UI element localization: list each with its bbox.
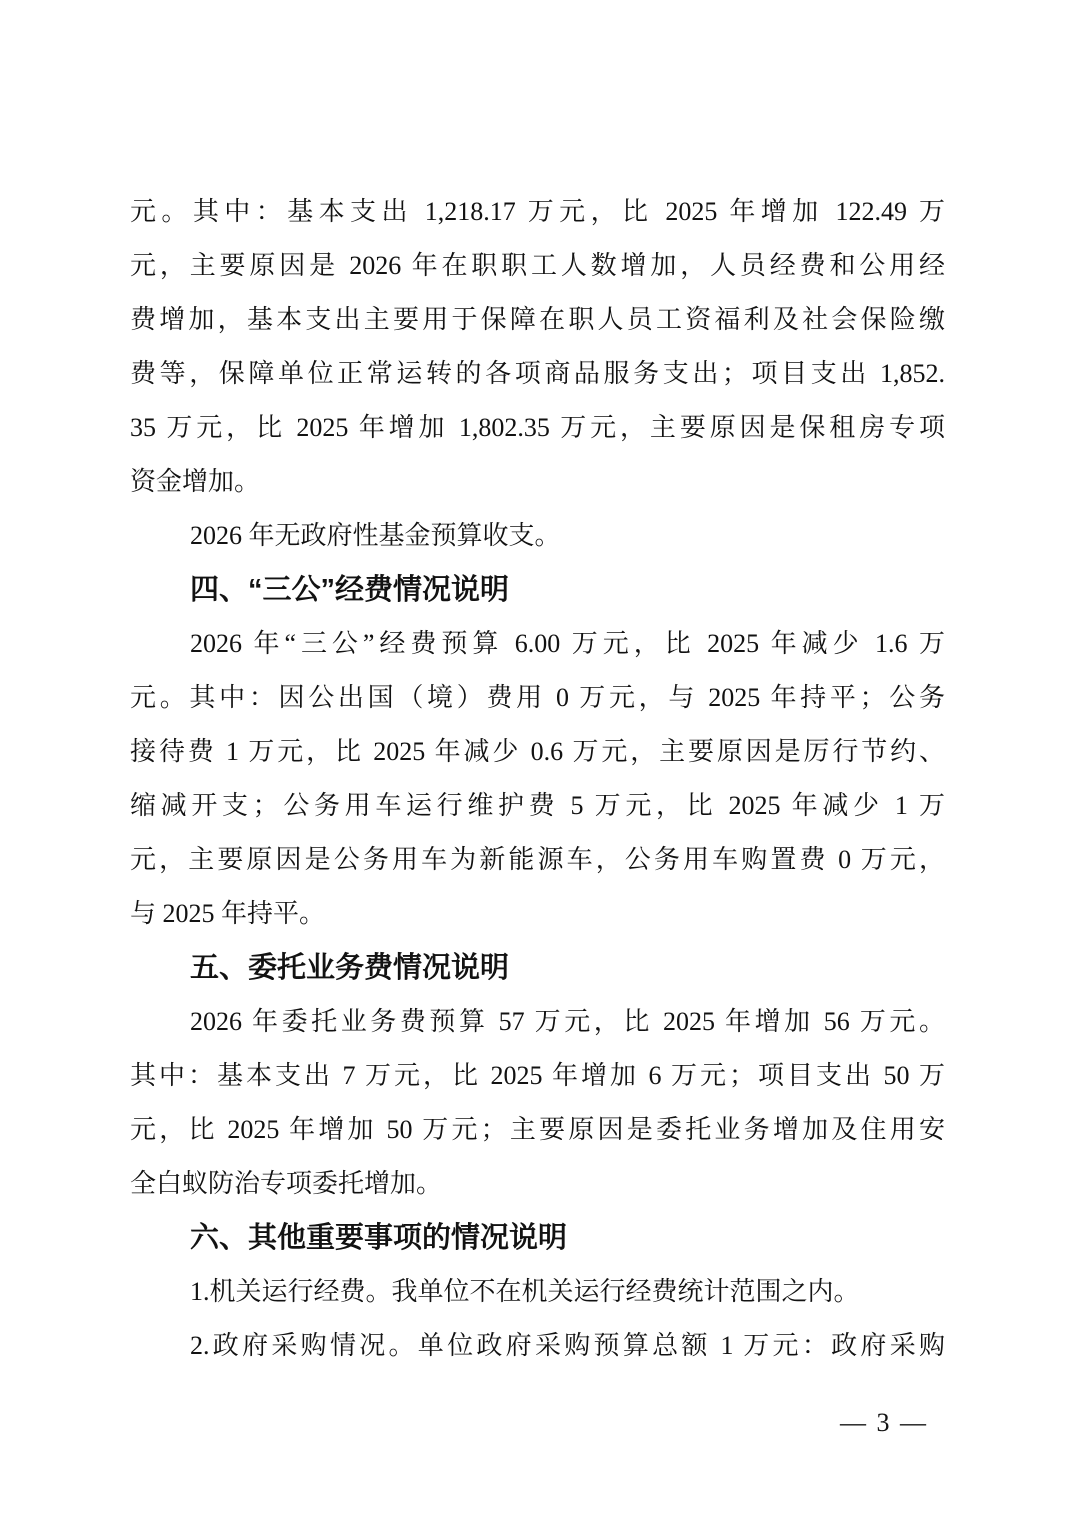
text-line: 2.政府采购情况。单位政府采购预算总额 1 万元：政府采购	[130, 1319, 945, 1373]
text-line: 费增加，基本支出主要用于保障在职人员工资福利及社会保险缴	[130, 293, 945, 347]
document-body: 元。其中：基本支出 1,218.17 万元，比 2025 年增加 122.49 …	[130, 185, 945, 1373]
text-line: 1.机关运行经费。我单位不在机关运行经费统计范围之内。	[130, 1265, 945, 1319]
text-line: 资金增加。	[130, 455, 945, 509]
section-heading: 五、委托业务费情况说明	[130, 941, 945, 995]
text-line: 35 万元，比 2025 年增加 1,802.35 万元，主要原因是保租房专项	[130, 401, 945, 455]
text-line: 2026 年“三公”经费预算 6.00 万元，比 2025 年减少 1.6 万	[130, 617, 945, 671]
page-number: — 3 —	[840, 1408, 928, 1438]
text-line: 2026 年无政府性基金预算收支。	[130, 509, 945, 563]
text-line: 元。其中：基本支出 1,218.17 万元，比 2025 年增加 122.49 …	[130, 185, 945, 239]
text-line: 缩减开支；公务用车运行维护费 5 万元，比 2025 年减少 1 万	[130, 779, 945, 833]
section-heading: 四、“三公”经费情况说明	[130, 563, 945, 617]
document-page: 元。其中：基本支出 1,218.17 万元，比 2025 年增加 122.49 …	[0, 0, 1074, 1520]
text-line: 元，主要原因是 2026 年在职职工人数增加，人员经费和公用经	[130, 239, 945, 293]
text-line: 元，比 2025 年增加 50 万元；主要原因是委托业务增加及住用安	[130, 1103, 945, 1157]
text-line: 费等，保障单位正常运转的各项商品服务支出；项目支出 1,852.	[130, 347, 945, 401]
text-line: 元。其中：因公出国（境）费用 0 万元，与 2025 年持平；公务	[130, 671, 945, 725]
text-line: 其中：基本支出 7 万元，比 2025 年增加 6 万元；项目支出 50 万	[130, 1049, 945, 1103]
text-line: 2026 年委托业务费预算 57 万元，比 2025 年增加 56 万元。	[130, 995, 945, 1049]
text-line: 接待费 1 万元，比 2025 年减少 0.6 万元，主要原因是厉行节约、	[130, 725, 945, 779]
text-line: 全白蚁防治专项委托增加。	[130, 1157, 945, 1211]
text-line: 元，主要原因是公务用车为新能源车，公务用车购置费 0 万元，	[130, 833, 945, 887]
text-line: 与 2025 年持平。	[130, 887, 945, 941]
section-heading: 六、其他重要事项的情况说明	[130, 1211, 945, 1265]
